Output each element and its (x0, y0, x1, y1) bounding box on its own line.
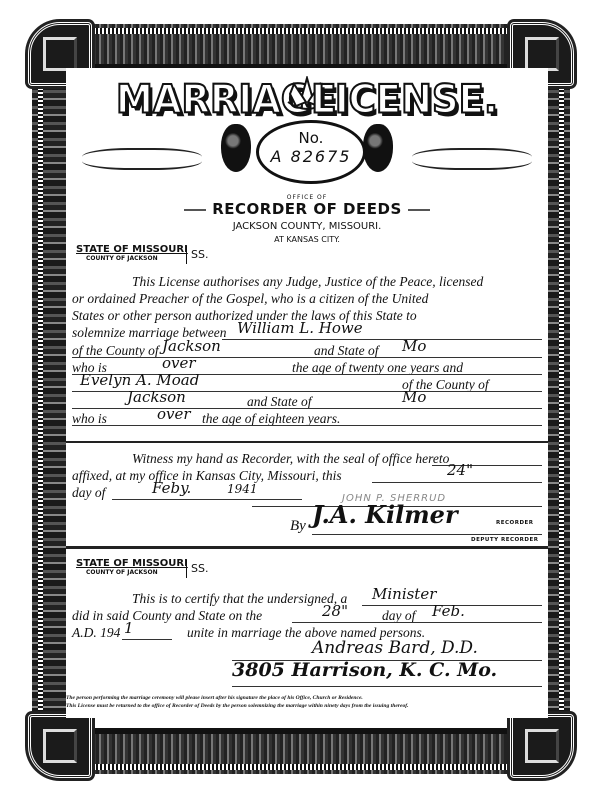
certificate-venue-block: STATE OF MISSOURI COUNTY OF JACKSON SS. (76, 558, 188, 576)
bell-ornament-icon (363, 124, 393, 172)
county-state: JACKSON COUNTY, MISSOURI. (66, 221, 548, 232)
divider-ornament (184, 209, 206, 211)
ss-label: SS. (186, 246, 208, 264)
witness-body: Witness my hand as Recorder, with the se… (72, 450, 542, 550)
bride-name: Evelyn A. Moad (80, 372, 199, 389)
bride-county: Jackson (127, 389, 186, 406)
fill-line (232, 686, 542, 687)
fill-line (122, 639, 172, 640)
deputy-signature: J.A. Kilmer (312, 506, 458, 523)
ss-label: SS. (186, 560, 208, 578)
marriage-year-suffix: 1 (124, 620, 134, 637)
section-divider (66, 441, 548, 443)
scroll-ornament-icon (82, 148, 202, 170)
office-title: RECORDER OF DEEDS (66, 200, 548, 218)
groom-age: over (162, 355, 196, 372)
bell-ornament-icon (221, 124, 251, 172)
bride-state: Mo (402, 389, 426, 406)
bride-age: over (157, 406, 191, 423)
license-number-label: No. (259, 129, 363, 147)
officiant-address: 3805 Harrison, K. C. Mo. (232, 662, 497, 679)
license-document: MARRIAGE LICENSE. No. A 82675 OFFICE OF … (66, 68, 548, 718)
county-name: COUNTY OF JACKSON (86, 255, 188, 262)
marriage-day: 28" (322, 603, 348, 620)
state-name: STATE OF MISSOURI (76, 558, 188, 569)
license-number-oval: No. A 82675 (256, 120, 366, 184)
recorder-label: RECORDER (496, 520, 534, 526)
venue-block: STATE OF MISSOURI COUNTY OF JACKSON SS. (76, 244, 188, 262)
witness-line-2: affixed, at my office in Kansas City, Mi… (72, 467, 342, 484)
section-divider (66, 546, 548, 549)
office-name: RECORDER OF DEEDS (212, 200, 402, 218)
fill-line (292, 622, 542, 623)
groom-name: William L. Howe (237, 320, 363, 337)
fill-line (72, 425, 542, 426)
witness-line-1: Witness my hand as Recorder, with the se… (132, 450, 449, 467)
officiant-signature: Andreas Bard, D.D. (312, 640, 478, 657)
groom-county: Jackson (162, 338, 221, 355)
issue-year: 1941 (227, 481, 258, 498)
fill-line (72, 408, 542, 409)
divider-ornament (408, 209, 430, 211)
border-top (72, 24, 548, 70)
by-label: By (290, 518, 306, 535)
footnote-2: This License must be returned to the off… (66, 703, 548, 709)
issue-month: Feby. (152, 480, 191, 497)
fill-line (372, 482, 542, 483)
license-number-emblem: No. A 82675 (66, 120, 548, 198)
title-license: LICENSE. (311, 77, 498, 122)
certificate-line-2: did in said County and State on the (72, 607, 262, 624)
certificate-line-1: This is to certify that the undersigned,… (132, 590, 347, 607)
fill-line (222, 339, 542, 340)
groom-state: Mo (402, 338, 426, 355)
city: AT KANSAS CITY. (66, 235, 548, 244)
issue-day: 24" (447, 462, 473, 479)
license-number: A 82675 (259, 147, 363, 166)
license-text-line: or ordained Preacher of the Gospel, who … (72, 290, 428, 307)
marriage-month: Feb. (432, 603, 465, 620)
ad-label: A.D. 194 (72, 624, 120, 641)
state-name: STATE OF MISSOURI (76, 244, 188, 255)
corner-ornament-icon (28, 714, 92, 778)
fill-line (312, 534, 542, 535)
fill-line (112, 499, 302, 500)
scroll-ornament-icon (412, 148, 532, 170)
license-text-line: This License authorises any Judge, Justi… (132, 273, 483, 290)
county-name: COUNTY OF JACKSON (86, 569, 188, 576)
license-body: This License authorises any Judge, Justi… (72, 273, 542, 433)
deputy-recorder-label: DEPUTY RECORDER (471, 537, 538, 543)
border-bottom (72, 728, 548, 774)
officiant-title: Minister (372, 586, 436, 603)
fill-line (72, 357, 542, 358)
day-of-label: day of (72, 484, 105, 501)
corner-ornament-icon (510, 714, 574, 778)
footnote-1: The person performing the marriage cerem… (66, 695, 548, 701)
